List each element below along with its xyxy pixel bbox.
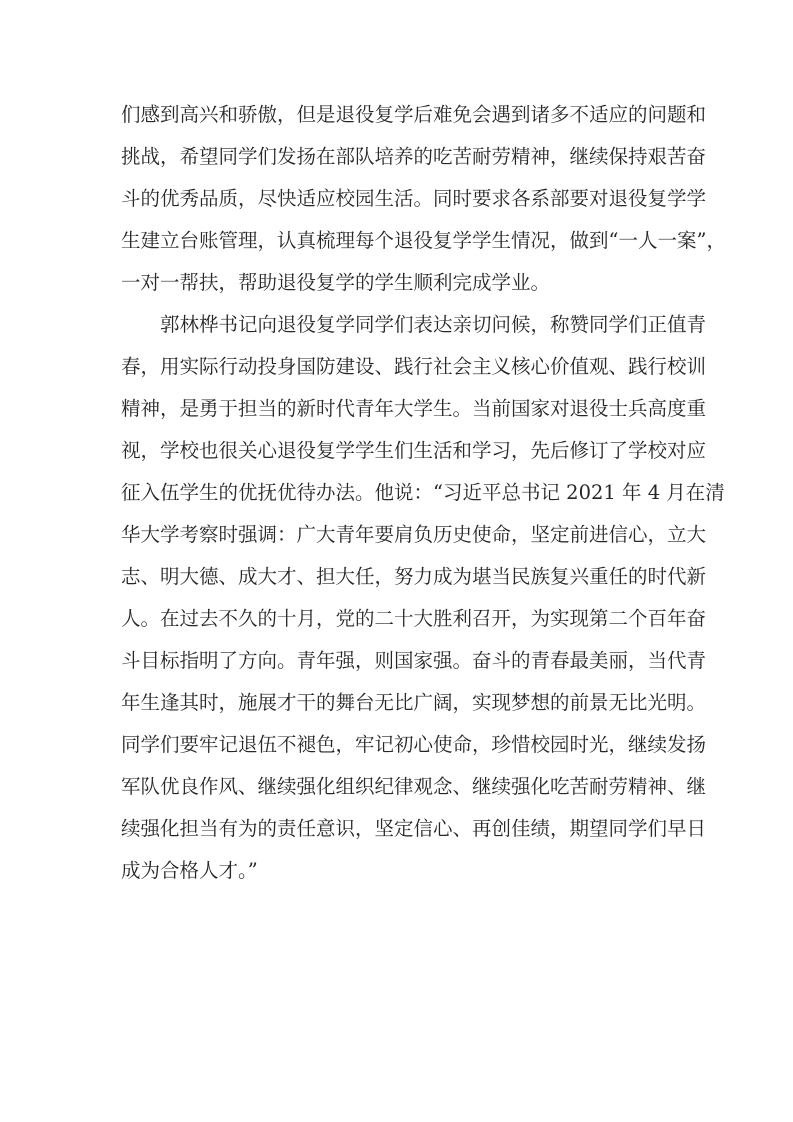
text-line: 们感到高兴和骄傲，但是退役复学后难免会遇到诸多不适应的问题和 [121, 94, 675, 136]
text-line: 斗目标指明了方向。青年强，则国家强。奋斗的青春最美丽，当代青 [121, 640, 675, 682]
text-line: 华大学考察时强调：广大青年要肩负历史使命，坚定前进信心，立大 [121, 514, 675, 556]
text-line: 生建立台账管理，认真梳理每个退役复学学生情况，做到“一人一案”， [121, 220, 675, 262]
paragraph: 们感到高兴和骄傲，但是退役复学后难免会遇到诸多不适应的问题和挑战，希望同学们发扬… [121, 94, 675, 304]
text-line: 斗的优秀品质，尽快适应校园生活。同时要求各系部要对退役复学学 [121, 178, 675, 220]
text-line: 同学们要牢记退伍不褪色，牢记初心使命，珍惜校园时光，继续发扬 [121, 724, 675, 766]
text-line: 郭林桦书记向退役复学同学们表达亲切问候，称赞同学们正值青 [121, 304, 675, 346]
document-body: 们感到高兴和骄傲，但是退役复学后难免会遇到诸多不适应的问题和挑战，希望同学们发扬… [121, 94, 675, 892]
text-line: 春，用实际行动投身国防建设、践行社会主义核心价值观、践行校训 [121, 346, 675, 388]
document-page: 们感到高兴和骄傲，但是退役复学后难免会遇到诸多不适应的问题和挑战，希望同学们发扬… [0, 0, 793, 1122]
text-line: 人。在过去不久的十月，党的二十大胜利召开，为实现第二个百年奋 [121, 598, 675, 640]
text-line: 挑战，希望同学们发扬在部队培养的吃苦耐劳精神，继续保持艰苦奋 [121, 136, 675, 178]
text-line: 军队优良作风、继续强化组织纪律观念、继续强化吃苦耐劳精神、继 [121, 766, 675, 808]
text-line: 精神，是勇于担当的新时代青年大学生。当前国家对退役士兵高度重 [121, 388, 675, 430]
text-line: 成为合格人才。” [121, 850, 675, 892]
text-line: 视，学校也很关心退役复学学生们生活和学习，先后修订了学校对应 [121, 430, 675, 472]
text-line: 一对一帮扶，帮助退役复学的学生顺利完成学业。 [121, 262, 675, 304]
text-line: 征入伍学生的优抚优待办法。他说：“习近平总书记 2021 年 4 月在清 [121, 472, 675, 514]
text-line: 志、明大德、成大才、担大任，努力成为堪当民族复兴重任的时代新 [121, 556, 675, 598]
paragraph: 郭林桦书记向退役复学同学们表达亲切问候，称赞同学们正值青春，用实际行动投身国防建… [121, 304, 675, 892]
text-line: 年生逢其时，施展才干的舞台无比广阔，实现梦想的前景无比光明。 [121, 682, 675, 724]
text-line: 续强化担当有为的责任意识，坚定信心、再创佳绩，期望同学们早日 [121, 808, 675, 850]
